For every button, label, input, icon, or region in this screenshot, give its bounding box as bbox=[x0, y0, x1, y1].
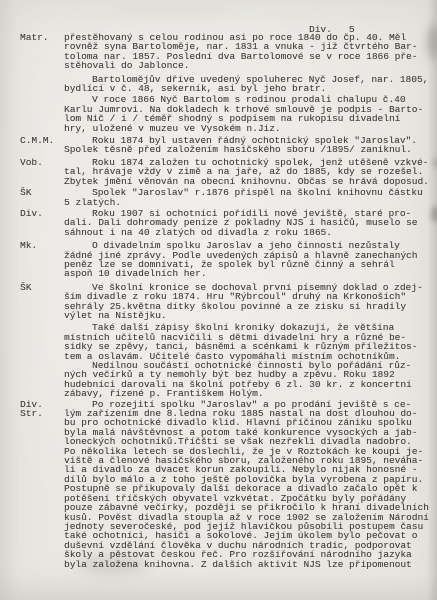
text-line: 5 zlatých. bbox=[64, 198, 437, 207]
paragraph: přestěhovaný s celou rodinou asi po roce… bbox=[64, 33, 437, 71]
margin-label: ŠK bbox=[0, 188, 64, 207]
document-section: C.M.M.Roku 1874 byl ustaven řádný ochotn… bbox=[0, 136, 437, 155]
margin-label: C.M.M. bbox=[0, 136, 64, 155]
text-line: Zbytek jmění věnován na obecní knihovnu.… bbox=[64, 177, 437, 186]
document-section: Div.Str.Po rozejití spolku "Jaroslav" a … bbox=[0, 400, 437, 569]
paragraph: Roku 1874 byl ustaven řádný ochotnický s… bbox=[64, 136, 437, 155]
margin-label bbox=[0, 323, 64, 361]
document-section: Také další zápisy školní kroniky dokazuj… bbox=[0, 323, 437, 361]
margin-label: Vob. bbox=[0, 158, 64, 186]
paragraph: V roce 1866 Nyč Bartolom s rodinou proda… bbox=[64, 95, 437, 133]
margin-label: Div. bbox=[0, 209, 64, 237]
paragraph: Nedílnou součástí ochotnické činnosti by… bbox=[64, 361, 437, 399]
paragraph: Spolek "Jaroslav" r.1876 přispěl na škol… bbox=[64, 188, 437, 207]
margin-label-line: Vob. bbox=[20, 158, 64, 167]
margin-label bbox=[0, 95, 64, 133]
margin-label: Mk. bbox=[0, 241, 64, 279]
paragraph: Roku 1907 si ochotníci pořídili nové jev… bbox=[64, 209, 437, 237]
text-line: výlet na Nístějku. bbox=[64, 311, 437, 320]
margin-label bbox=[0, 75, 64, 94]
margin-label-line: Matr. bbox=[20, 33, 64, 42]
margin-label-line: ŠK bbox=[20, 188, 64, 197]
paragraph: O divadelním spolku Jaroslav a jeho činn… bbox=[64, 241, 437, 279]
scanned-document-page: Div. 5 Matr.přestěhovaný s celou rodinou… bbox=[0, 0, 437, 600]
paragraph: Bartolomějův dříve uvedený spoluherec Ny… bbox=[64, 75, 437, 94]
margin-label-line: Mk. bbox=[20, 241, 64, 250]
text-line: stěhovali do Jablonce. bbox=[64, 61, 437, 70]
document-section: Matr.přestěhovaný s celou rodinou asi po… bbox=[0, 33, 437, 71]
text-line: Spolek těsně před založením hasičského s… bbox=[64, 145, 437, 154]
document-section: ŠKSpolek "Jaroslav" r.1876 přispěl na šk… bbox=[0, 188, 437, 207]
paper-smudge bbox=[110, 4, 230, 14]
paragraph: Roku 1874 založen tu ochotnický spolek, … bbox=[64, 158, 437, 186]
text-line: sáhnout i na 40 zlatých od divadla z rok… bbox=[64, 228, 437, 237]
text-line: hry, uložené v muzeu ve Vysokém n.Jiz. bbox=[64, 124, 437, 133]
document-section: Vob.Roku 1874 založen tu ochotnický spol… bbox=[0, 158, 437, 186]
margin-label-line: ŠK bbox=[20, 283, 64, 292]
document-section: Bartolomějův dříve uvedený spoluherec Ny… bbox=[0, 75, 437, 94]
margin-label: Matr. bbox=[0, 33, 64, 71]
text-line: aspoň 10 divadelních her. bbox=[64, 269, 437, 278]
document-section: V roce 1866 Nyč Bartolom s rodinou proda… bbox=[0, 95, 437, 133]
text-line: zábavy, řízené p. Františkem Holým. bbox=[64, 389, 437, 398]
document-section: Div.Roku 1907 si ochotníci pořídili nové… bbox=[0, 209, 437, 237]
margin-label: ŠK bbox=[0, 283, 64, 321]
margin-label-line: C.M.M. bbox=[20, 136, 64, 145]
document-body: Matr.přestěhovaný s celou rodinou asi po… bbox=[0, 33, 437, 569]
paragraph: Ve školní kronice se dochoval první píse… bbox=[64, 283, 437, 321]
document-section: Mk.O divadelním spolku Jaroslav a jeho č… bbox=[0, 241, 437, 279]
margin-label: Div.Str. bbox=[0, 400, 64, 569]
text-line: byla založena knihovna. Z dalších aktivi… bbox=[64, 560, 437, 569]
document-section: Nedílnou součástí ochotnické činnosti by… bbox=[0, 361, 437, 399]
margin-label-line: Str. bbox=[20, 409, 64, 418]
document-section: ŠKVe školní kronice se dochoval první pí… bbox=[0, 283, 437, 321]
text-line: bydlící v č. 48, sekerník, asi byl jeho … bbox=[64, 84, 437, 93]
margin-label bbox=[0, 361, 64, 399]
paragraph: Po rozejití spolku "Jaroslav" a po prodá… bbox=[64, 400, 437, 569]
paragraph: Také další zápisy školní kroniky dokazuj… bbox=[64, 323, 437, 361]
margin-label-line: Div. bbox=[20, 209, 64, 218]
